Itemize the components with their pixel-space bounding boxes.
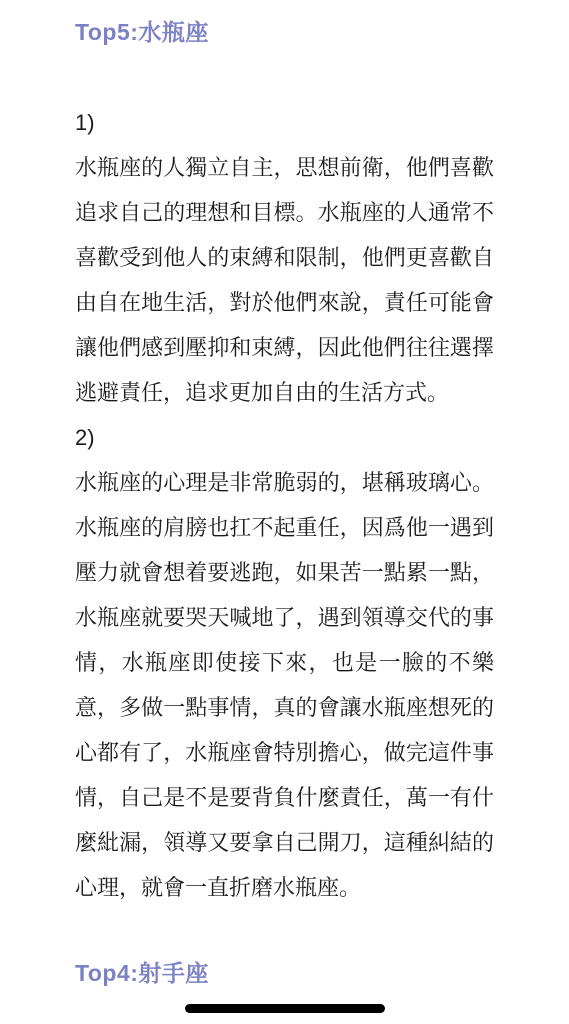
text-line: 麼紕漏，領導又要拿自己開刀，這種糾結的 xyxy=(75,820,494,865)
text-line: 心都有了，水瓶座會特別擔心，做完這件事 xyxy=(75,730,494,775)
text-line: 意，多做一點事情，真的會讓水瓶座想死的 xyxy=(75,685,494,730)
heading-rank-prefix: Top5: xyxy=(75,19,138,45)
text-line: 情，水瓶座即使接下來，也是一臉的不樂 xyxy=(75,640,494,685)
article-page: Top5:水瓶座 1) 水瓶座的人獨立自主，思想前衛，他們喜歡 追求自己的理想和… xyxy=(0,0,569,989)
heading-zodiac-name: 射手座 xyxy=(138,960,209,986)
text-line: 水瓶座的肩膀也扛不起重任，因爲他一遇到 xyxy=(75,505,494,550)
heading-zodiac-name: 水瓶座 xyxy=(138,19,209,45)
text-line: 水瓶座的心理是非常脆弱的，堪稱玻璃心。 xyxy=(75,460,494,505)
heading-rank-prefix: Top4: xyxy=(75,960,138,986)
text-line: 水瓶座就要哭天喊地了，遇到領導交代的事 xyxy=(75,595,494,640)
text-line: 喜歡受到他人的束縛和限制，他們更喜歡自 xyxy=(75,235,494,280)
text-line: 逃避責任，追求更加自由的生活方式。 xyxy=(75,370,494,415)
text-line: 壓力就會想着要逃跑，如果苦一點累一點， xyxy=(75,550,494,595)
section-heading-top4: Top4:射手座 xyxy=(75,957,494,989)
text-line: 由自在地生活，對於他們來說，責任可能會 xyxy=(75,280,494,325)
section-heading-top5: Top5:水瓶座 xyxy=(75,16,494,48)
text-line: 水瓶座的人獨立自主，思想前衛，他們喜歡 xyxy=(75,145,494,190)
text-line: 追求自己的理想和目標。水瓶座的人通常不 xyxy=(75,190,494,235)
list-marker: 1) xyxy=(75,100,494,145)
text-line: 情，自己是不是要背負什麼責任，萬一有什 xyxy=(75,775,494,820)
list-marker: 2) xyxy=(75,415,494,460)
home-indicator-bar[interactable] xyxy=(185,1004,385,1013)
text-line: 讓他們感到壓抑和束縛，因此他們往往選擇 xyxy=(75,325,494,370)
text-line: 心理，就會一直折磨水瓶座。 xyxy=(75,865,494,910)
article-body: 1) 水瓶座的人獨立自主，思想前衛，他們喜歡 追求自己的理想和目標。水瓶座的人通… xyxy=(75,100,494,910)
